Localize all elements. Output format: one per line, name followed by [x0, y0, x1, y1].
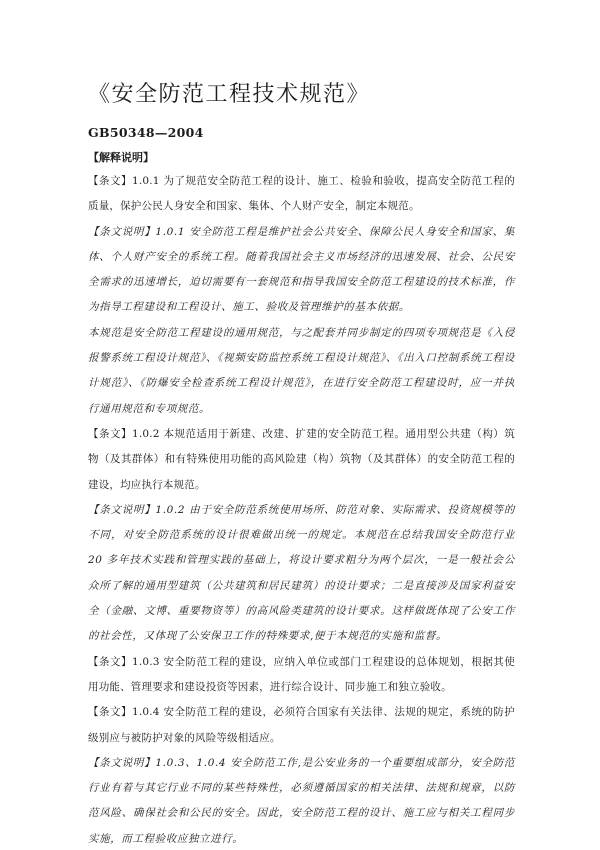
- document-page: 《安全防范工程技术规范》 GB50348—2004 【解释说明】 【条文】1.0…: [0, 0, 600, 850]
- document-body: 【条文】1.0.1 为了规范安全防范工程的设计、施工、检验和验收，提高安全防范工…: [88, 169, 515, 850]
- document-title: 《安全防范工程技术规范》: [88, 80, 515, 110]
- paragraph-clause-1-0-3: 【条文】1.0.3 安全防范工程的建设，应纳入单位或部门工程建设的总体规划，根据…: [88, 650, 515, 701]
- standard-number: GB50348—2004: [88, 125, 515, 141]
- paragraph-clause-note-1-0-3-1-0-4: 【条文说明】1.0.3、1.0.4 安全防范工作,是公安业务的一个重要组成部分，…: [88, 751, 515, 850]
- paragraph-clause-1-0-4: 【条文】1.0.4 安全防范工程的建设，必须符合国家有关法律、法规的规定，系统的…: [88, 700, 515, 751]
- paragraph-clause-note-1-0-1: 【条文说明】1.0.1 安全防范工程是维护社会公共安全、保障公民人身安全和国家、…: [88, 220, 515, 321]
- paragraph-clause-1-0-2: 【条文】1.0.2 本规范适用于新建、改建、扩建的安全防范工程。通用型公共建（构…: [88, 422, 515, 498]
- section-label-explanation: 【解释说明】: [88, 150, 515, 166]
- paragraph-clause-note-1-0-2: 【条文说明】1.0.2 由于安全防范系统使用场所、防范对象、实际需求、投资规模等…: [88, 498, 515, 650]
- paragraph-clause-1-0-1: 【条文】1.0.1 为了规范安全防范工程的设计、施工、检验和验收，提高安全防范工…: [88, 169, 515, 220]
- paragraph-clause-note-1-0-1-continued: 本规范是安全防范工程建设的通用规范，与之配套并同步制定的四项专项规范是《入侵报警…: [88, 321, 515, 422]
